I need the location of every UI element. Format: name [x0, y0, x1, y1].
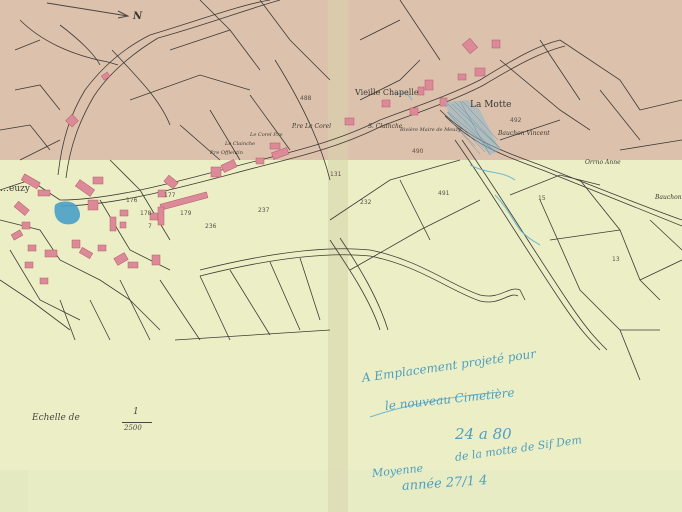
place-la-motte: La Motte: [470, 101, 511, 110]
scale-denominator: 2500: [124, 425, 142, 432]
owner-le-corel-2: Le Corel P.re: [250, 133, 283, 138]
annotation-area: 24 a 80: [455, 427, 512, 442]
parcel-number: 131: [330, 172, 341, 178]
parcel-number: 13: [612, 257, 620, 263]
parcel-number: 232: [360, 200, 371, 206]
owner-bauchon-v: Bauchon V.: [655, 195, 682, 201]
owner-riviere: Rivière Maire de Meuzy: [400, 128, 461, 133]
parcel-number: 176: [126, 198, 137, 204]
owner-le-corel: P.re Le Corel: [292, 124, 331, 130]
parcel-number: 177: [164, 193, 175, 199]
parcel-number: 236: [205, 224, 216, 230]
owner-bauchon: Bauchon Vincent: [498, 131, 550, 137]
parcel-number: 491: [438, 191, 449, 197]
scale-numerator: 1: [133, 408, 139, 417]
north-label: N: [133, 12, 142, 22]
parcel-number: 179: [180, 211, 191, 217]
parcel-number: 490: [412, 149, 423, 155]
parcel-number: 488: [300, 96, 311, 102]
place-village: …euzy: [0, 185, 30, 194]
owner-orrno: Orrno Anne: [585, 160, 621, 166]
scale-fraction-bar: [122, 422, 152, 423]
place-vieille-chapelle: Vieille Chapelle: [355, 89, 419, 97]
owner-le-clainche: Le Clainche: [225, 142, 255, 147]
paper-fold: [328, 0, 348, 512]
scale-label: Echelle de: [32, 414, 80, 423]
owner-offlentin: P.re Offlentin: [210, 151, 243, 156]
parcel-number: 15: [538, 196, 546, 202]
parcel-number: 178: [140, 211, 151, 217]
owner-st-clair: S. Clainche: [368, 124, 402, 130]
parcel-number: 237: [258, 208, 269, 214]
parcel-number: 492: [510, 118, 521, 124]
parcel-number: 7: [148, 224, 152, 230]
